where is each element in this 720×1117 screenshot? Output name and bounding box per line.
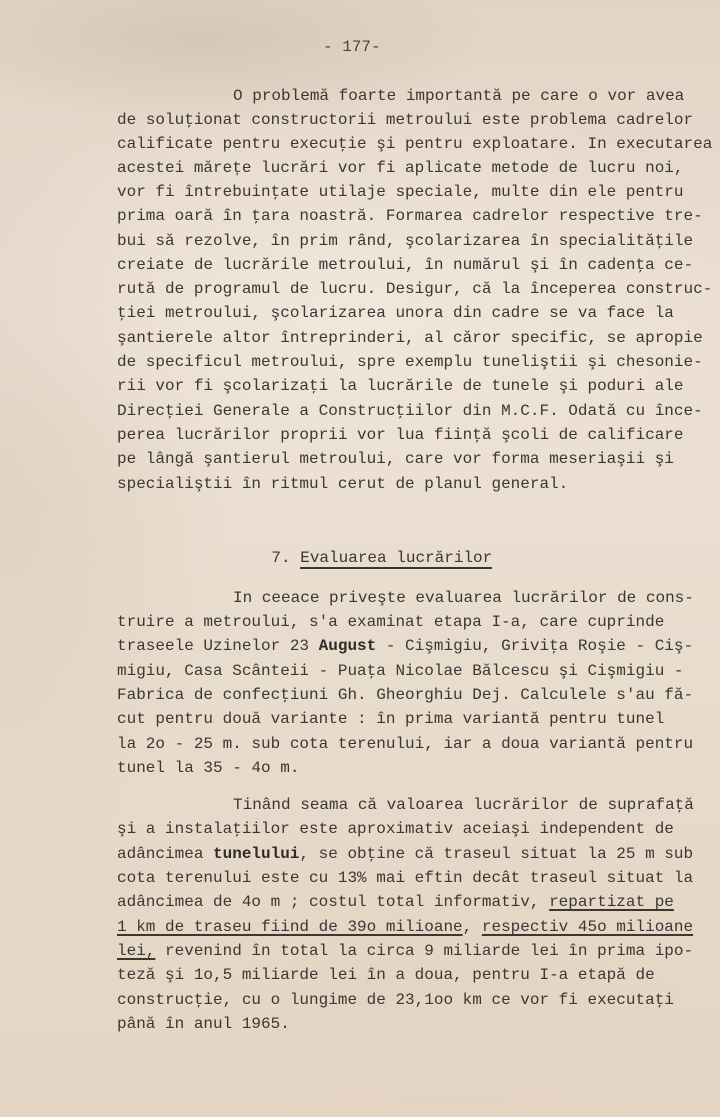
page-number: - 177- [323,38,381,56]
text-line: Fabrica de confecţiuni Gh. Gheorghiu Dej… [117,685,693,705]
text-line: ţiei metroului, şcolarizarea unora din c… [117,303,674,323]
text-line: pe lângă şantierul metroului, care vor f… [117,449,674,469]
text-line: Direcţiei Generale a Construcţiilor din … [117,401,703,421]
text-line: perea lucrărilor proprii vor lua fiinţă … [117,425,684,445]
section-title: Evaluarea lucrărilor [300,549,492,569]
line-text: traseele Uzinelor 23 August - Cişmigiu, … [117,637,693,655]
text-line: cut pentru două variante : în prima vari… [117,709,664,729]
document-page: - 177- O problemă foarte importantă pe c… [0,0,720,1117]
text-line: teză şi 1o,5 miliarde lei în a doua, pen… [117,965,655,985]
line-text: , [463,918,482,936]
text-line: O problemă foarte importantă pe care o v… [233,86,684,106]
text-line: adâncimea de 4o m ; costul total informa… [117,892,674,912]
underlined-text: lei, [117,942,155,960]
text-line: rută de programul de lucru. Desigur, că … [117,279,712,299]
text-line: până în anul 1965. [117,1014,290,1034]
line-text: revenind în total la circa 9 miliarde le… [155,942,693,960]
text-line: prima oară în ţara noastră. Formarea cad… [117,206,703,226]
text-line: In ceeace priveşte evaluarea lucrărilor … [233,588,694,608]
section-number: 7. [271,549,290,567]
text-line: lei, revenind în total la circa 9 miliar… [117,941,693,961]
text-line: bui să rezolve, în prim rând, şcolarizar… [117,231,693,251]
underlined-text: 1 km de traseu fiind de 39o milioane [117,918,463,936]
emphasized-text: August [319,637,377,655]
underlined-text: respectiv 45o milioane [482,918,693,936]
text-line: truire a metroului, s'a examinat etapa I… [117,612,664,632]
line-text: adâncimea de 4o m ; costul total informa… [117,893,549,911]
text-line: şantierele altor întreprinderi, al căror… [117,328,703,348]
text-line: cota terenului este cu 13% mai eftin dec… [117,868,693,888]
text-line: traseele Uzinelor 23 August - Cişmigiu, … [117,636,693,656]
text-line: Tinând seama că valoarea lucrărilor de s… [233,795,694,815]
text-line: calificate pentru execuţie şi pentru exp… [117,134,712,154]
section-heading: 7. Evaluarea lucrărilor [233,528,492,588]
text-line: migiu, Casa Scânteii - Puaţa Nicolae Băl… [117,661,684,681]
text-line: tunel la 35 - 4o m. [117,758,299,778]
text-line: rii vor fi şcolarizaţi la lucrările de t… [117,376,684,396]
emphasized-text: tunelului [213,845,299,863]
text-line: specialiştii în ritmul cerut de planul g… [117,474,568,494]
text-line: la 2o - 25 m. sub cota terenului, iar a … [117,734,693,754]
text-line: de specificul metroului, spre exemplu tu… [117,352,703,372]
text-line: vor fi întrebuinţate utilaje speciale, m… [117,182,684,202]
text-line: şi a instalaţiilor este aproximativ acei… [117,819,674,839]
line-text: adâncimea tunelului, se obţine că traseu… [117,845,693,863]
underlined-text: repartizat pe [549,893,674,911]
text-line: acestei mărețe lucrări vor fi aplicate m… [117,158,684,178]
text-line: construcţie, cu o lungime de 23,1oo km c… [117,990,674,1010]
text-line: 1 km de traseu fiind de 39o milioane, re… [117,917,693,937]
text-line: de soluţionat constructorii metroului es… [117,110,693,130]
text-line: adâncimea tunelului, se obţine că traseu… [117,844,693,864]
text-line: creiate de lucrările metroului, în număr… [117,255,693,275]
